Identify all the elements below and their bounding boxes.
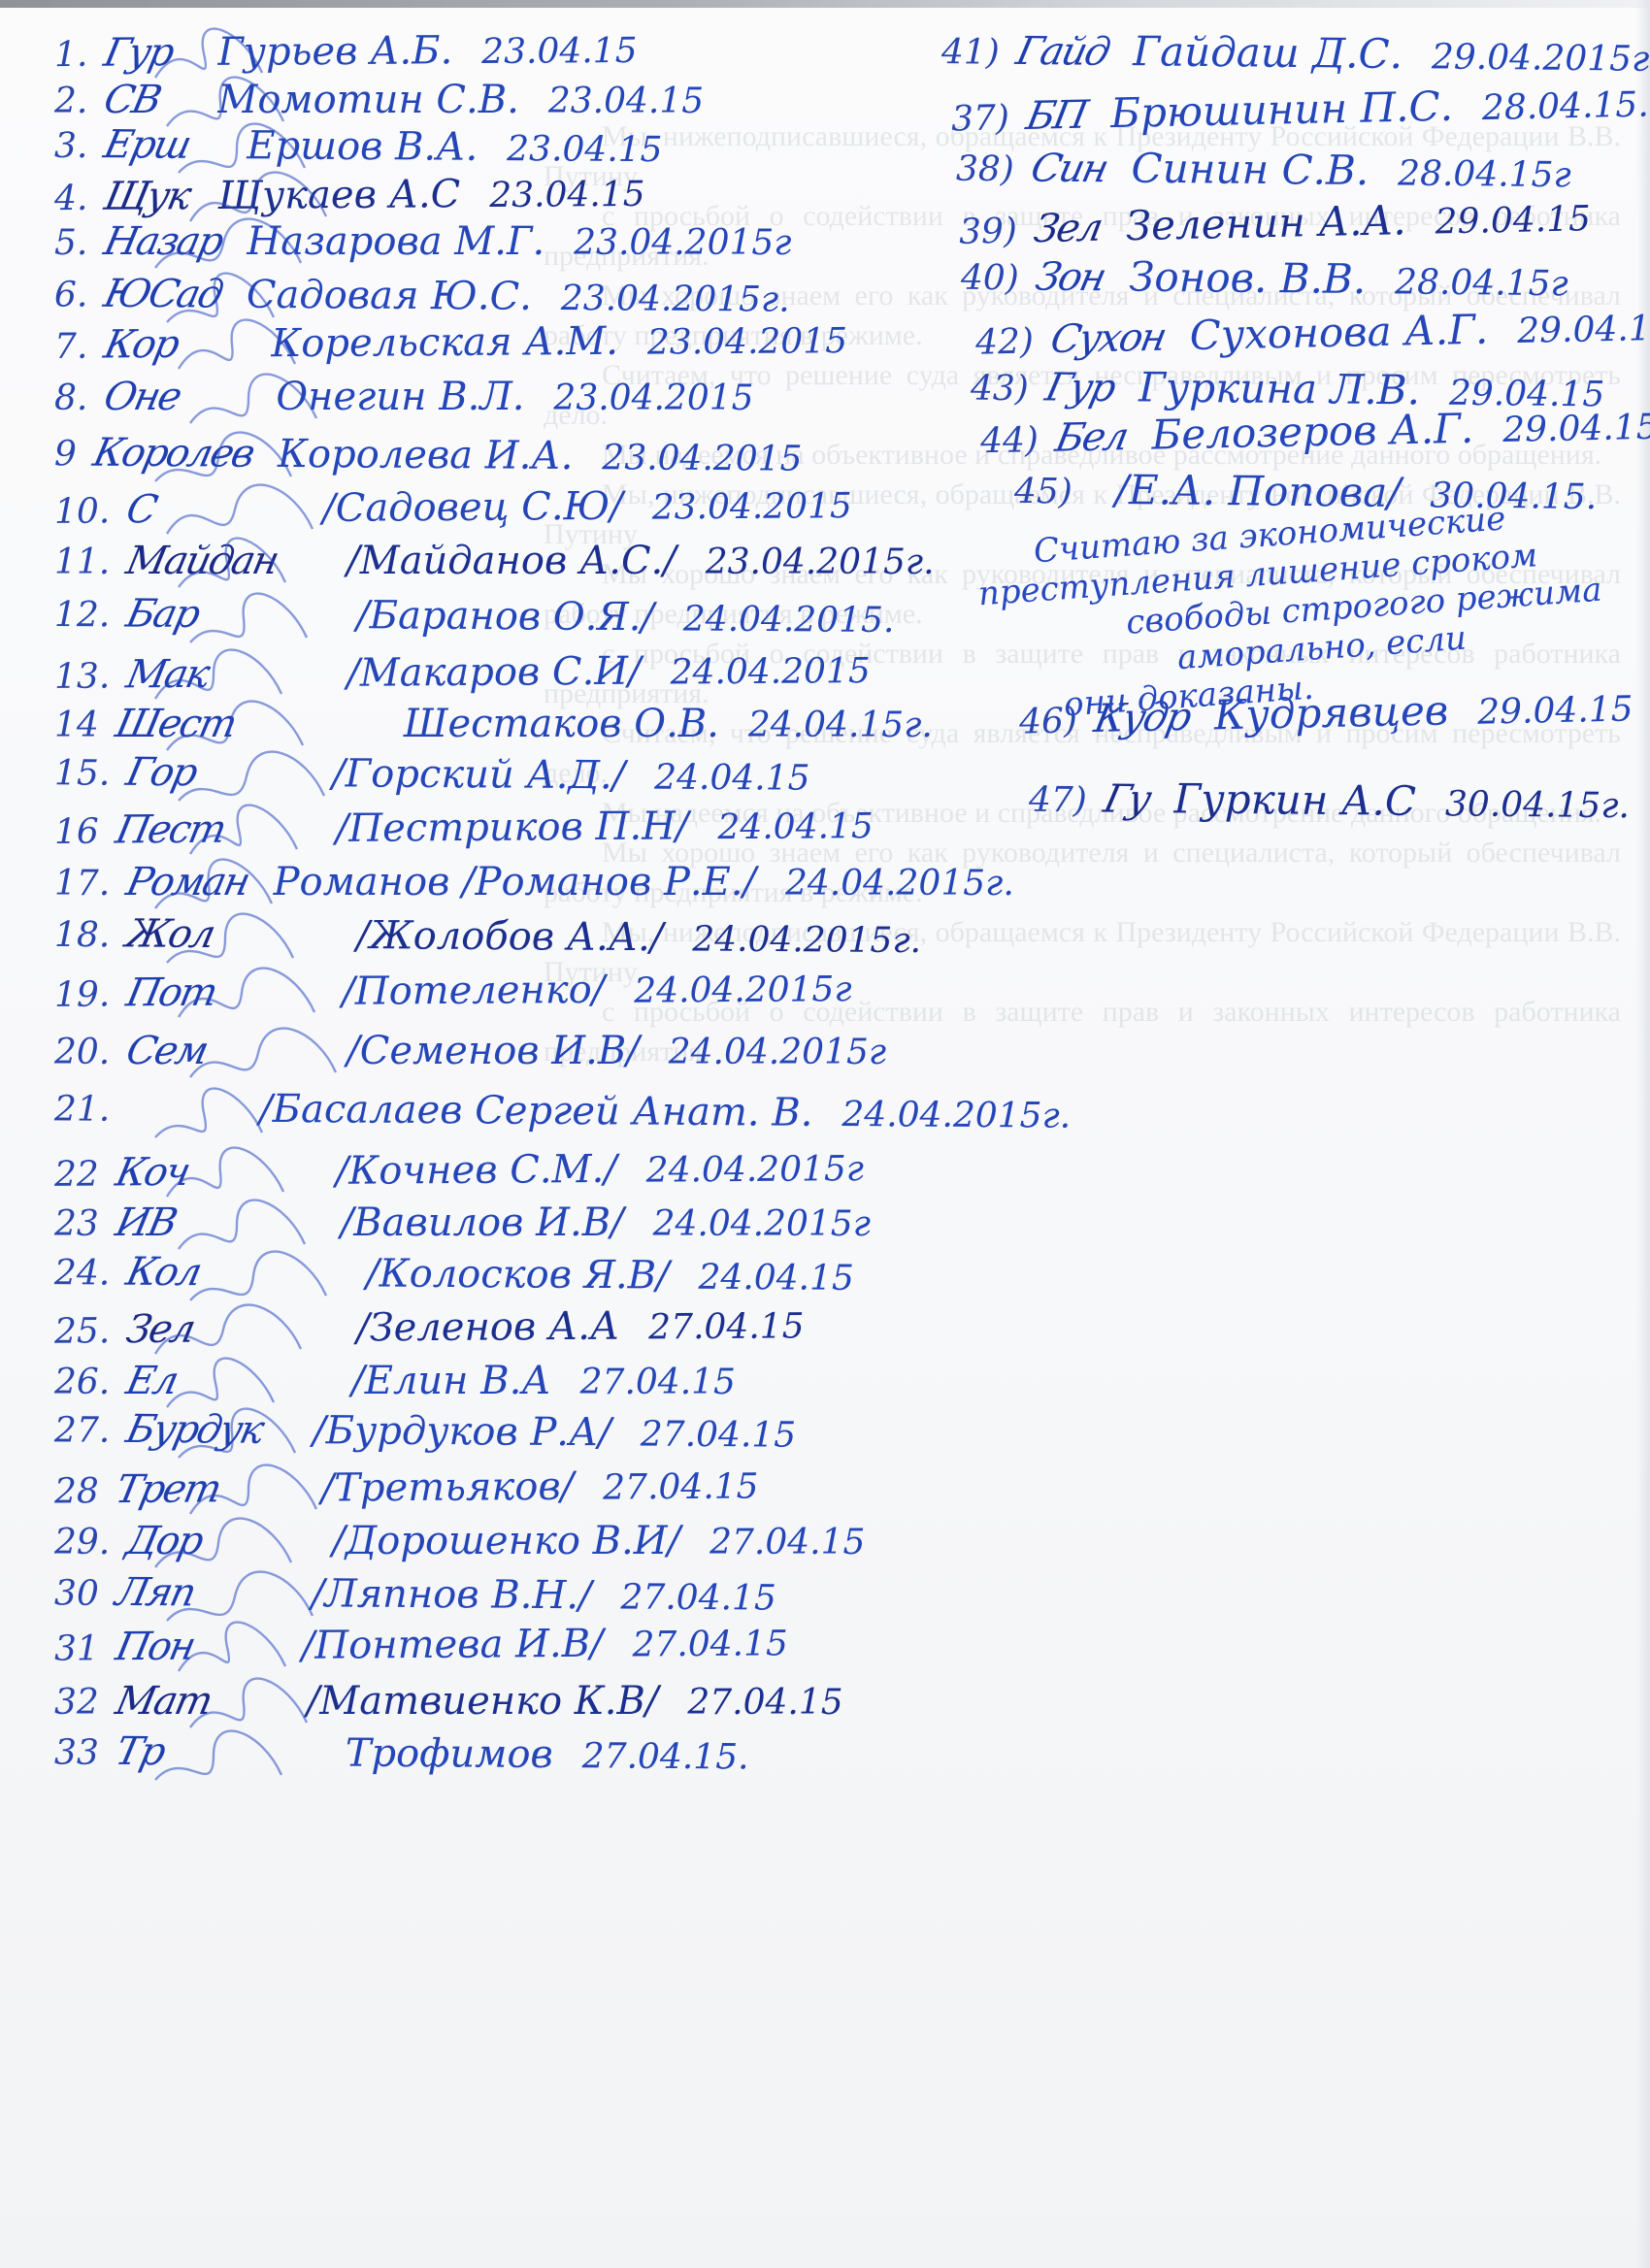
handwritten-signature: Бар bbox=[122, 592, 336, 638]
signature-row: 30Ляп/Ляпнов В.Н./27.04.15 bbox=[54, 1569, 776, 1619]
signature-row: 8.ОнеОнегин В.Л.23.04.2015 bbox=[54, 375, 754, 419]
signer-name: Трофимов bbox=[346, 1731, 553, 1777]
row-number: 44) bbox=[980, 420, 1039, 461]
signature-row: 15.Гор/Горский А.Д./24.04.15 bbox=[54, 749, 810, 799]
row-number: 41) bbox=[941, 32, 1000, 73]
signer-name: Белозеров А.Г. bbox=[1151, 405, 1474, 459]
signer-name: Брюшинин П.С. bbox=[1110, 82, 1454, 137]
signer-name: /Макаров С.И/ bbox=[346, 649, 642, 696]
signature-row: 23ИВ/Вавилов И.В/24.04.2015г bbox=[54, 1200, 871, 1245]
signature-row: 32Мат/Матвиенко К.В/27.04.15 bbox=[54, 1679, 843, 1724]
signature-row: 14ШестШестаков О.В.24.04.15г. bbox=[54, 702, 933, 746]
signature-date: 23.04.2015г bbox=[574, 223, 791, 263]
row-number: 45) bbox=[1014, 472, 1072, 512]
signature-row: 16Пест/Пестриков П.Н/24.04.15 bbox=[54, 803, 874, 853]
handwritten-signature: С bbox=[123, 486, 302, 532]
signature-date: 24.04.15 bbox=[698, 1258, 854, 1298]
handwritten-signature: Зел bbox=[1031, 206, 1105, 252]
signature-row: 12.Бар/Баранов О.Я./24.04.2015. bbox=[54, 591, 895, 641]
row-number: 27. bbox=[54, 1410, 111, 1450]
signer-name: /Пестриков П.Н/ bbox=[336, 804, 689, 851]
signature-date: 24.04.2015г. bbox=[785, 864, 1014, 904]
signature-row: 6.ЮСадСадовая Ю.С.23.04.2015г. bbox=[54, 271, 790, 320]
signer-name: Онегин В.Л. bbox=[276, 375, 524, 419]
signature-date: 24.04.2015 bbox=[671, 651, 871, 692]
signature-row: 17.РоманРоманов /Романов Р.Е./24.04.2015… bbox=[54, 860, 1014, 904]
signature-row: 31Пон/Понтева И.В/27.04.15 bbox=[54, 1620, 788, 1669]
signature-date: 27.04.15 bbox=[603, 1466, 759, 1507]
signature-date: 28.04.15г bbox=[1395, 262, 1568, 304]
signature-row: 1.ГурГурьев А.Б.23.04.15 bbox=[54, 27, 638, 76]
handwritten-signature: Пест bbox=[112, 806, 314, 852]
signature-date: 23.04.2015 bbox=[602, 438, 802, 478]
signer-name: /Горский А.Д./ bbox=[332, 751, 625, 798]
row-number: 14 bbox=[54, 706, 99, 745]
signer-name: /Басалаев Сергей Анат. В. bbox=[259, 1087, 812, 1135]
signature-row: 21./Басалаев Сергей Анат. В.24.04.2015г. bbox=[54, 1085, 1071, 1136]
row-number: 15. bbox=[54, 753, 111, 793]
row-number: 25. bbox=[54, 1311, 111, 1351]
signature-row: 29.Дор/Дорошенко В.И/27.04.15 bbox=[54, 1519, 865, 1563]
handwritten-signature: Тр bbox=[112, 1729, 325, 1775]
signature-date: 29.04.15 bbox=[1435, 199, 1591, 242]
handwritten-signature: Майдан bbox=[122, 539, 326, 583]
signer-name: /Ляпнов В.Н./ bbox=[312, 1571, 592, 1618]
signer-name: /Понтева И.В/ bbox=[302, 1622, 604, 1668]
signature-row: 4.ЩукЩукаев А.С23.04.15 bbox=[54, 171, 645, 219]
signer-name: Момотин С.В. bbox=[217, 78, 518, 122]
signature-date: 27.04.15 bbox=[641, 1415, 797, 1456]
row-number: 29. bbox=[54, 1523, 110, 1562]
signer-name: /Матвиенко К.В/ bbox=[307, 1679, 659, 1724]
signature-date: 24.04.15 bbox=[654, 758, 810, 799]
row-number: 32 bbox=[54, 1683, 99, 1723]
signature-date: 23.04.2015 bbox=[553, 378, 753, 418]
signer-name: Королева И.А. bbox=[278, 432, 574, 478]
signature-date: 27.04.15 bbox=[687, 1683, 842, 1723]
signer-name: /Жолобов А.А./ bbox=[356, 913, 663, 960]
signer-name: /Третьяков/ bbox=[321, 1464, 575, 1511]
row-number: 40) bbox=[961, 258, 1019, 299]
row-number: 6. bbox=[54, 275, 88, 314]
signature-row: 26.Ел/Елин В.А27.04.15 bbox=[54, 1359, 736, 1403]
signature-date: 23.04.2015 bbox=[647, 321, 847, 362]
row-number: 38) bbox=[956, 149, 1014, 190]
row-number: 33 bbox=[54, 1733, 99, 1773]
handwritten-signature: ИВ bbox=[112, 1200, 320, 1245]
handwritten-signature: Гур bbox=[1041, 365, 1119, 411]
signature-date: 24.04.2015г bbox=[646, 1149, 865, 1191]
signer-name: /Баранов О.Я./ bbox=[356, 593, 654, 640]
signature-date: 24.04.2015г bbox=[653, 1204, 871, 1244]
row-number: 12. bbox=[54, 595, 111, 635]
row-number: 31 bbox=[54, 1628, 99, 1668]
row-number: 23 bbox=[54, 1204, 99, 1244]
signer-name: /Майданов А.С./ bbox=[346, 539, 676, 583]
row-number: 19. bbox=[54, 974, 111, 1014]
row-number: 39) bbox=[959, 212, 1018, 252]
handwritten-signature: Роман bbox=[122, 860, 252, 904]
signer-name: /Потеленко/ bbox=[342, 968, 605, 1014]
row-number: 2. bbox=[54, 82, 87, 121]
row-number: 18. bbox=[54, 915, 111, 955]
signature-date: 27.04.15 bbox=[709, 1523, 865, 1562]
signer-name: Сухонова А.Г. bbox=[1189, 306, 1489, 359]
signer-name: Зеленин А.А. bbox=[1125, 196, 1406, 249]
handwritten-signature: Бел bbox=[1052, 414, 1131, 461]
signer-name: Гурьев А.Б. bbox=[217, 28, 452, 75]
handwritten-signature: Оне bbox=[100, 375, 255, 419]
signature-date: 23.04.2015г. bbox=[706, 542, 935, 582]
handwritten-signature: Шест bbox=[112, 702, 383, 746]
handwritten-signature: Гу bbox=[1100, 777, 1154, 822]
handwritten-signature: Назар bbox=[100, 219, 226, 264]
handwritten-signature: Мак bbox=[123, 651, 326, 697]
handwritten-signature: Дор bbox=[122, 1519, 312, 1563]
signature-date: 29.04.15 bbox=[1502, 408, 1650, 450]
signature-date: 24.04.2015г. bbox=[841, 1095, 1071, 1136]
handwritten-signature: Кол bbox=[122, 1250, 346, 1296]
handwritten-signature: Щук bbox=[101, 174, 197, 219]
signature-date: 29.04.15 bbox=[1477, 689, 1633, 732]
signature-row: 24.Кол/Колосков Я.В/24.04.15 bbox=[54, 1249, 854, 1299]
row-number: 1. bbox=[54, 35, 88, 75]
handwritten-signature: Бурдук bbox=[122, 1407, 292, 1453]
row-number: 5. bbox=[54, 223, 87, 263]
signature-row: 47)ГуГуркин А.С30.04.15г. bbox=[1029, 773, 1630, 827]
signature-date: 24.04.2015г bbox=[634, 970, 852, 1011]
row-number: 13. bbox=[54, 657, 111, 697]
signature-date: 29.04.15г bbox=[1517, 308, 1650, 351]
row-number: 28 bbox=[54, 1471, 99, 1511]
handwritten-signature: Гайд bbox=[1012, 29, 1113, 75]
signer-name: Зонов. В.В. bbox=[1129, 253, 1366, 304]
handwritten-signature: Ляп bbox=[112, 1570, 291, 1616]
row-number: 43) bbox=[971, 369, 1029, 410]
signer-name: Романов /Романов Р.Е./ bbox=[274, 860, 756, 904]
signer-name: Корельская А.М. bbox=[271, 319, 618, 366]
signature-date: 23.04.15 bbox=[489, 175, 645, 215]
signature-row: 41)ГайдГайдаш Д.С.29.04.2015г. bbox=[941, 25, 1650, 81]
handwritten-signature: Мат bbox=[112, 1679, 286, 1724]
scan-top-edge bbox=[0, 0, 1650, 8]
signer-name: Шестаков О.В. bbox=[404, 702, 719, 746]
row-number: 10. bbox=[54, 491, 111, 531]
handwritten-signature: Трет bbox=[112, 1466, 300, 1512]
handwritten-signature: Пон bbox=[112, 1624, 280, 1669]
signature-date: 28.04.15. bbox=[1481, 84, 1649, 128]
row-number: 21. bbox=[54, 1089, 111, 1129]
signature-row: 28Трет/Третьяков/27.04.15 bbox=[54, 1463, 759, 1512]
signature-row: 27.Бурдук/Бурдуков Р.А/27.04.15 bbox=[54, 1406, 796, 1456]
signature-row: 10.С/Садовец С.Ю/23.04.2015 bbox=[54, 482, 852, 533]
handwritten-signature bbox=[127, 1121, 234, 1122]
signature-row: 40)ЗонЗонов. В.В.28.04.15г bbox=[961, 251, 1568, 306]
row-number: 20. bbox=[54, 1033, 110, 1072]
signer-name: Гуркин А.С bbox=[1173, 774, 1416, 825]
signature-row: 19.Пот/Потеленко/24.04.2015г bbox=[54, 966, 852, 1016]
signature-date: 24.04.15г. bbox=[748, 706, 933, 745]
signer-name: Ершов В.А. bbox=[247, 123, 478, 170]
signer-name: Гайдаш Д.С. bbox=[1133, 27, 1402, 78]
signature-row: 11.Майдан/Майданов А.С./23.04.2015г. bbox=[54, 539, 935, 583]
handwritten-signature: Кор bbox=[101, 321, 250, 367]
signer-name: /Семенов И.В/ bbox=[346, 1029, 639, 1073]
row-number: 3. bbox=[54, 126, 88, 166]
signature-date: 27.04.15 bbox=[580, 1363, 736, 1402]
row-number: 16 bbox=[54, 812, 99, 852]
signature-sheet: Мы, нижеподписавшиеся, обращаемся к През… bbox=[0, 0, 1650, 2268]
handwritten-signature: Королев bbox=[89, 431, 257, 477]
row-number: 17. bbox=[54, 864, 110, 904]
row-number: 30 bbox=[54, 1573, 99, 1613]
signer-name: Садовая Ю.С. bbox=[247, 273, 532, 319]
signature-date: 23.04.15 bbox=[507, 129, 663, 170]
signature-date: 24.04.15 bbox=[717, 806, 874, 847]
signature-date: 30.04.15г. bbox=[1445, 784, 1630, 826]
signature-date: 23.04.15 bbox=[481, 31, 638, 72]
row-number: 4. bbox=[54, 179, 88, 218]
row-number: 7. bbox=[54, 327, 88, 367]
handwritten-signature: БП bbox=[1023, 93, 1090, 139]
row-number: 8. bbox=[54, 378, 87, 418]
handwritten-signature: Ел bbox=[122, 1359, 331, 1403]
signature-date: 27.04.15 bbox=[632, 1624, 788, 1664]
signer-name: Щукаев А.С bbox=[217, 172, 460, 218]
signature-row: 38)СинСинин С.В.28.04.15г bbox=[956, 143, 1571, 197]
handwritten-signature: Зел bbox=[123, 1306, 336, 1353]
signer-name: Синин С.В. bbox=[1131, 145, 1369, 195]
signature-date: 24.04.2015г. bbox=[692, 919, 921, 961]
row-number: 24. bbox=[54, 1253, 111, 1293]
signature-date: 29.04.2015г. bbox=[1432, 37, 1650, 79]
handwritten-signature: Ерш bbox=[100, 122, 226, 168]
signature-row: 20.Сем/Семенов И.В/24.04.2015г bbox=[54, 1029, 886, 1073]
handwritten-signature: Жол bbox=[122, 911, 336, 957]
handwritten-signature: Сухон bbox=[1047, 315, 1170, 363]
signature-row: 3.ЕршЕршов В.А.23.04.15 bbox=[54, 122, 663, 171]
signer-name: /Бурдуков Р.А/ bbox=[313, 1408, 611, 1455]
row-number: 37) bbox=[951, 98, 1010, 139]
signature-date: 23.04.2015г. bbox=[561, 279, 790, 320]
signature-date: 24.04.2015г bbox=[669, 1033, 886, 1072]
signer-name: /Кочнев С.М./ bbox=[336, 1147, 617, 1194]
signature-date: 23.04.15 bbox=[548, 82, 704, 121]
handwritten-signature: Гор bbox=[122, 750, 312, 796]
signature-row: 9КоролевКоролева И.А.23.04.2015 bbox=[54, 430, 803, 479]
signature-row: 2.СВМомотин С.В.23.04.15 bbox=[54, 78, 704, 122]
signer-name: Назарова М.Г. bbox=[247, 219, 544, 264]
signature-row: 13.Мак/Макаров С.И/24.04.2015 bbox=[54, 647, 871, 698]
handwritten-signature: Зон bbox=[1032, 255, 1109, 301]
signature-date: 23.04.2015 bbox=[652, 486, 852, 527]
signature-row: 7.КорКорельская А.М.23.04.2015 bbox=[54, 317, 847, 368]
signer-name: /Садовец С.Ю/ bbox=[322, 484, 623, 531]
signature-date: 24.04.2015. bbox=[683, 600, 895, 641]
row-number: 42) bbox=[975, 321, 1035, 362]
signer-name: /Дорошенко В.И/ bbox=[332, 1519, 680, 1563]
signature-row: 5.НазарНазарова М.Г.23.04.2015г bbox=[54, 219, 791, 264]
handwritten-signature: Сем bbox=[122, 1029, 326, 1073]
signer-name: /Вавилов И.В/ bbox=[341, 1200, 624, 1245]
signer-name: /Зеленов А.А bbox=[356, 1304, 619, 1351]
signature-date: 27.04.15 bbox=[620, 1577, 776, 1618]
row-number: 22 bbox=[54, 1155, 99, 1195]
row-number: 11. bbox=[54, 542, 110, 582]
row-number: 47) bbox=[1029, 780, 1087, 821]
handwritten-signature: Коч bbox=[112, 1149, 314, 1195]
signature-row: 25.Зел/Зеленов А.А27.04.15 bbox=[54, 1302, 805, 1352]
signature-date: 28.04.15г bbox=[1398, 153, 1571, 195]
handwritten-signature: Гур bbox=[101, 30, 197, 76]
signature-row: 22Коч/Кочнев С.М./24.04.2015г bbox=[54, 1145, 864, 1196]
signature-date: 27.04.15 bbox=[648, 1306, 805, 1347]
signature-row: 33ТрТрофимов27.04.15. bbox=[54, 1729, 749, 1779]
handwritten-signature: Син bbox=[1027, 147, 1111, 192]
handwritten-signature: Пот bbox=[123, 970, 321, 1015]
row-number: 9 bbox=[54, 434, 77, 474]
signature-row: 18.Жол/Жолобов А.А./24.04.2015г. bbox=[54, 911, 921, 962]
signer-name: /Колосков Я.В/ bbox=[366, 1251, 670, 1298]
handwritten-signature: СВ bbox=[100, 78, 197, 122]
signer-name: /Елин В.А bbox=[351, 1359, 550, 1403]
row-number: 26. bbox=[54, 1363, 110, 1402]
handwritten-signature: ЮСад bbox=[100, 272, 226, 317]
signature-date: 27.04.15. bbox=[582, 1736, 749, 1777]
